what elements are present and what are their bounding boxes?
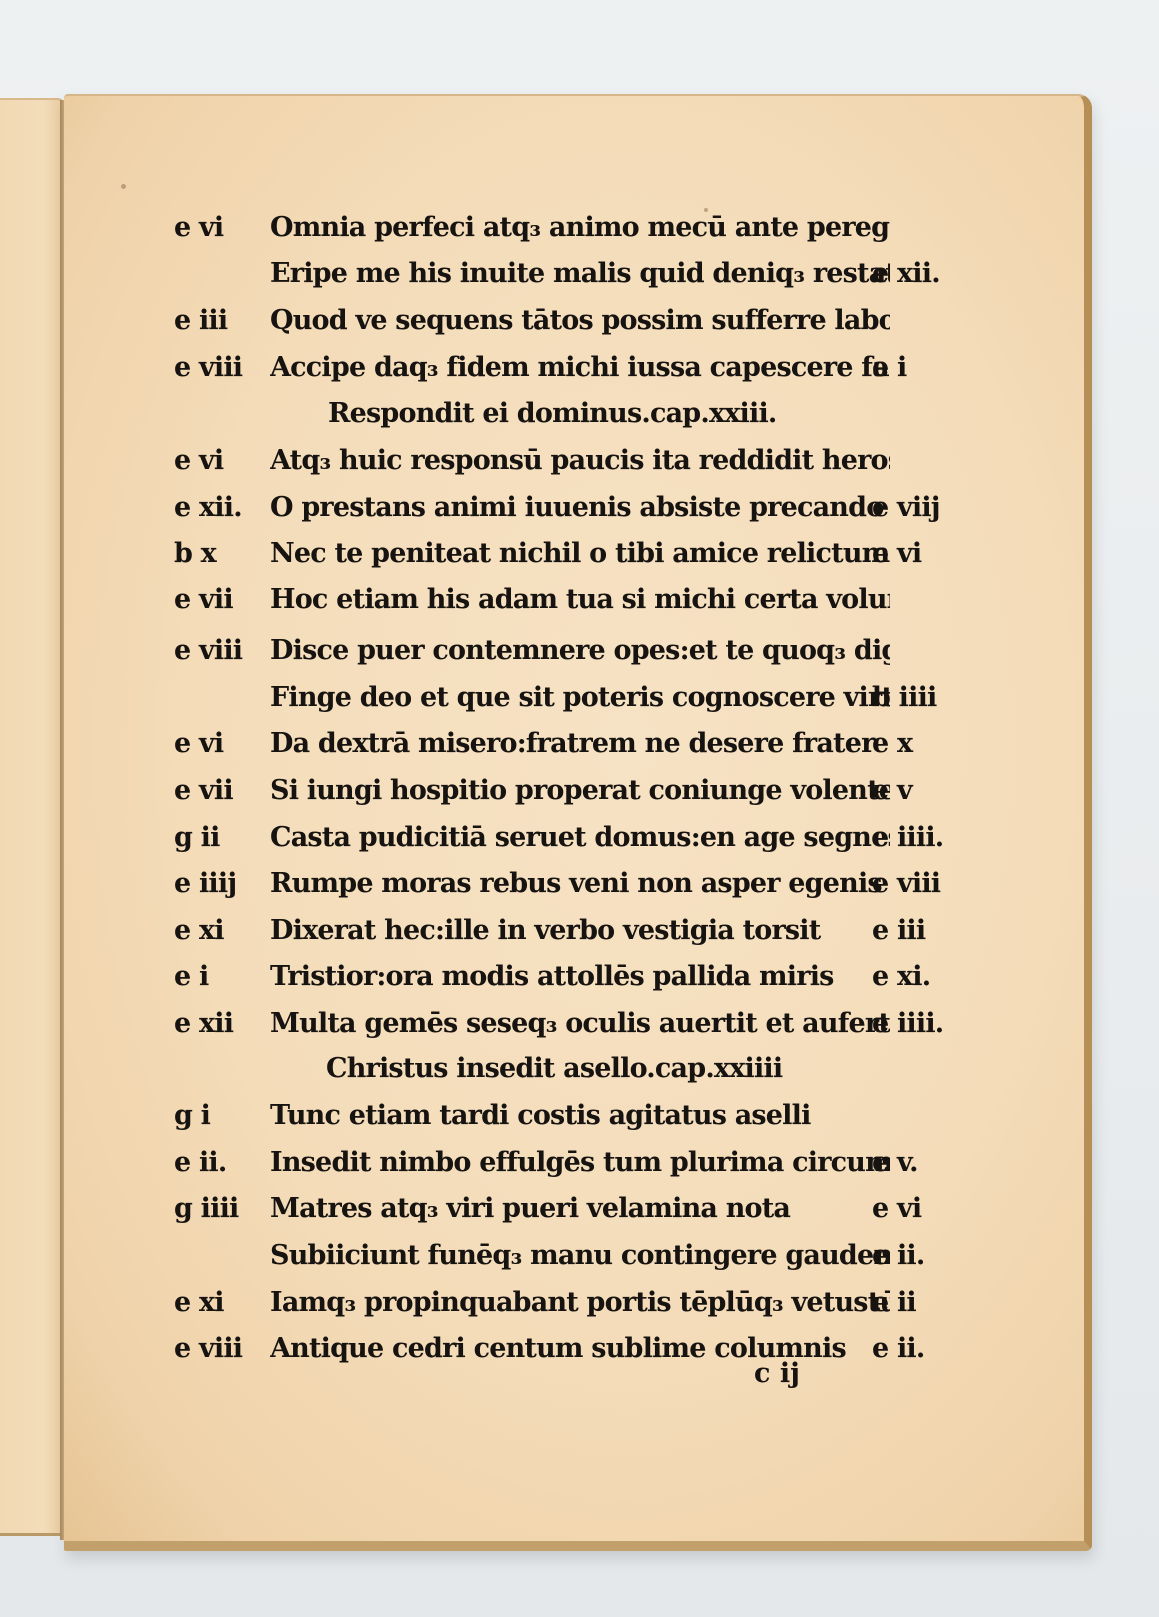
verse-text: Matres atq₃ viri pueri velamina nota [270,1189,890,1229]
right-reference: e xii. [872,254,972,294]
verse-text: Rumpe moras rebus veni non asper egenis [270,864,890,904]
verse-line: e viii Accipe daq₃ fidem michi iussa cap… [64,348,1084,388]
verse-text: Accipe daq₃ fidem michi iussa capescere … [270,348,890,388]
verse-text: Hoc etiam his adam tua si michi certa vo… [270,580,890,620]
verse-line: Eripe me his inuite malis quid deniq₃ re… [64,254,1084,294]
left-reference: e xii. [174,488,264,528]
verse-text: Nec te peniteat nichil o tibi amice reli… [270,534,890,574]
verse-line: e xii Multa gemēs seseq₃ oculis auertit … [64,1004,1084,1044]
left-reference: g i [174,1096,264,1136]
right-reference: e ii. [872,1236,972,1276]
left-reference: e vi [174,208,264,248]
right-page: e vi Omnia perfeci atq₃ animo mecū ante … [64,94,1092,1551]
chapter-heading-text: Christus insedit asello.cap.xxiiii [326,1049,946,1089]
left-reference: e xi [174,911,264,951]
right-reference: e x [872,724,972,764]
left-reference: b x [174,534,264,574]
left-reference: e iii [174,301,264,341]
verse-line: e viii Antique cedri centum sublime colu… [64,1329,1084,1369]
left-reference: e vii [174,580,264,620]
right-reference: e iiii. [872,1004,972,1044]
left-reference: e viii [174,1329,264,1369]
verse-line: e vi Da dextrā misero:fratrem ne desere … [64,724,1084,764]
verse-line: b x Nec te peniteat nichil o tibi amice … [64,534,1084,574]
left-reference: e viii [174,631,264,671]
verse-text: Eripe me his inuite malis quid deniq₃ re… [270,254,890,294]
right-reference: e iiii. [872,818,972,858]
verse-line: e vii Si iungi hospitio properat coniung… [64,771,1084,811]
verse-text: Dixerat hec:ille in verbo vestigia torsi… [270,911,890,951]
right-reference: e ii. [872,1329,972,1369]
verse-line: g ii Casta pudicitiā seruet domus:en age… [64,818,1084,858]
left-reference: e vi [174,441,264,481]
right-reference: e v. [872,1143,972,1183]
verse-line: g i Tunc etiam tardi costis agitatus ase… [64,1096,1084,1136]
verse-text: Tunc etiam tardi costis agitatus aselli [270,1096,890,1136]
verse-line: e vi Atq₃ huic responsū paucis ita reddi… [64,441,1084,481]
left-reference: e i [174,957,264,997]
right-reference: e iii [872,911,972,951]
verse-text: Subiiciunt funēq₃ manu contingere gauden… [270,1236,890,1276]
verse-line: e ii. Insedit nimbo effulgēs tum plurima… [64,1143,1084,1183]
right-reference: e i [872,348,972,388]
verse-text: Iamq₃ propinquabant portis tēplūq₃ vetus… [270,1283,890,1323]
verse-text: Quod ve sequens tātos possim sufferre la… [270,301,890,341]
verse-line: e iii Quod ve sequens tātos possim suffe… [64,301,1084,341]
left-reference: e xii [174,1004,264,1044]
left-reference: e iiij [174,864,264,904]
verse-text: Finge deo et que sit poteris cognoscere … [270,678,890,718]
right-reference: e xi. [872,957,972,997]
chapter-heading-text: Respondit ei dominus.cap.xxiii. [328,394,948,434]
left-reference: g ii [174,818,264,858]
verse-line: e vii Hoc etiam his adam tua si michi ce… [64,580,1084,620]
chapter-heading: Respondit ei dominus.cap.xxiii. [64,394,1084,434]
verse-text: Atq₃ huic responsū paucis ita reddidit h… [270,441,890,481]
verse-line: e xii. O prestans animi iuuenis absiste … [64,488,1084,528]
verse-text: Casta pudicitiā seruet domus:en age segn… [270,818,890,858]
verse-line: Subiiciunt funēq₃ manu contingere gauden… [64,1236,1084,1276]
verse-line: e xi Iamq₃ propinquabant portis tēplūq₃ … [64,1283,1084,1323]
left-reference: e vii [174,771,264,811]
verse-line: e vi Omnia perfeci atq₃ animo mecū ante … [64,208,1084,248]
right-reference: e v [872,771,972,811]
facing-left-page [0,98,64,1536]
left-reference: g iiii [174,1189,264,1229]
verse-text: Da dextrā misero:fratrem ne desere frate… [270,724,890,764]
right-reference: e viii [872,864,972,904]
left-reference: e vi [174,724,264,764]
verse-text: O prestans animi iuuenis absiste precand… [270,488,890,528]
verse-text: Multa gemēs seseq₃ oculis auertit et auf… [270,1004,890,1044]
right-reference: e ii [872,1283,972,1323]
text-block: e vi Omnia perfeci atq₃ animo mecū ante … [64,96,1084,1541]
verse-line: e viii Disce puer contemnere opes:et te … [64,631,1084,671]
left-reference: e viii [174,348,264,388]
verse-line: e iiij Rumpe moras rebus veni non asper … [64,864,1084,904]
verse-line: Finge deo et que sit poteris cognoscere … [64,678,1084,718]
verse-text: Tristior:ora modis attollēs pallida miri… [270,957,890,997]
verse-text: Omnia perfeci atq₃ animo mecū ante pereg… [270,208,890,248]
verse-text: Si iungi hospitio properat coniunge vole… [270,771,890,811]
verse-text: Disce puer contemnere opes:et te quoq₃ d… [270,631,890,671]
verse-line: e i Tristior:ora modis attollēs pallida … [64,957,1084,997]
right-reference: e vi [872,1189,972,1229]
page-signature: c ij [754,1358,800,1389]
verse-line: g iiii Matres atq₃ viri pueri velamina n… [64,1189,1084,1229]
right-reference: e viij [872,488,972,528]
verse-text: Insedit nimbo effulgēs tum plurima circu… [270,1143,890,1183]
left-reference: e xi [174,1283,264,1323]
verse-line: e xi Dixerat hec:ille in verbo vestigia … [64,911,1084,951]
chapter-heading: Christus insedit asello.cap.xxiiii [64,1049,1084,1089]
right-reference: e vi [872,534,972,574]
left-reference: e ii. [174,1143,264,1183]
right-reference: b iiii [872,678,972,718]
